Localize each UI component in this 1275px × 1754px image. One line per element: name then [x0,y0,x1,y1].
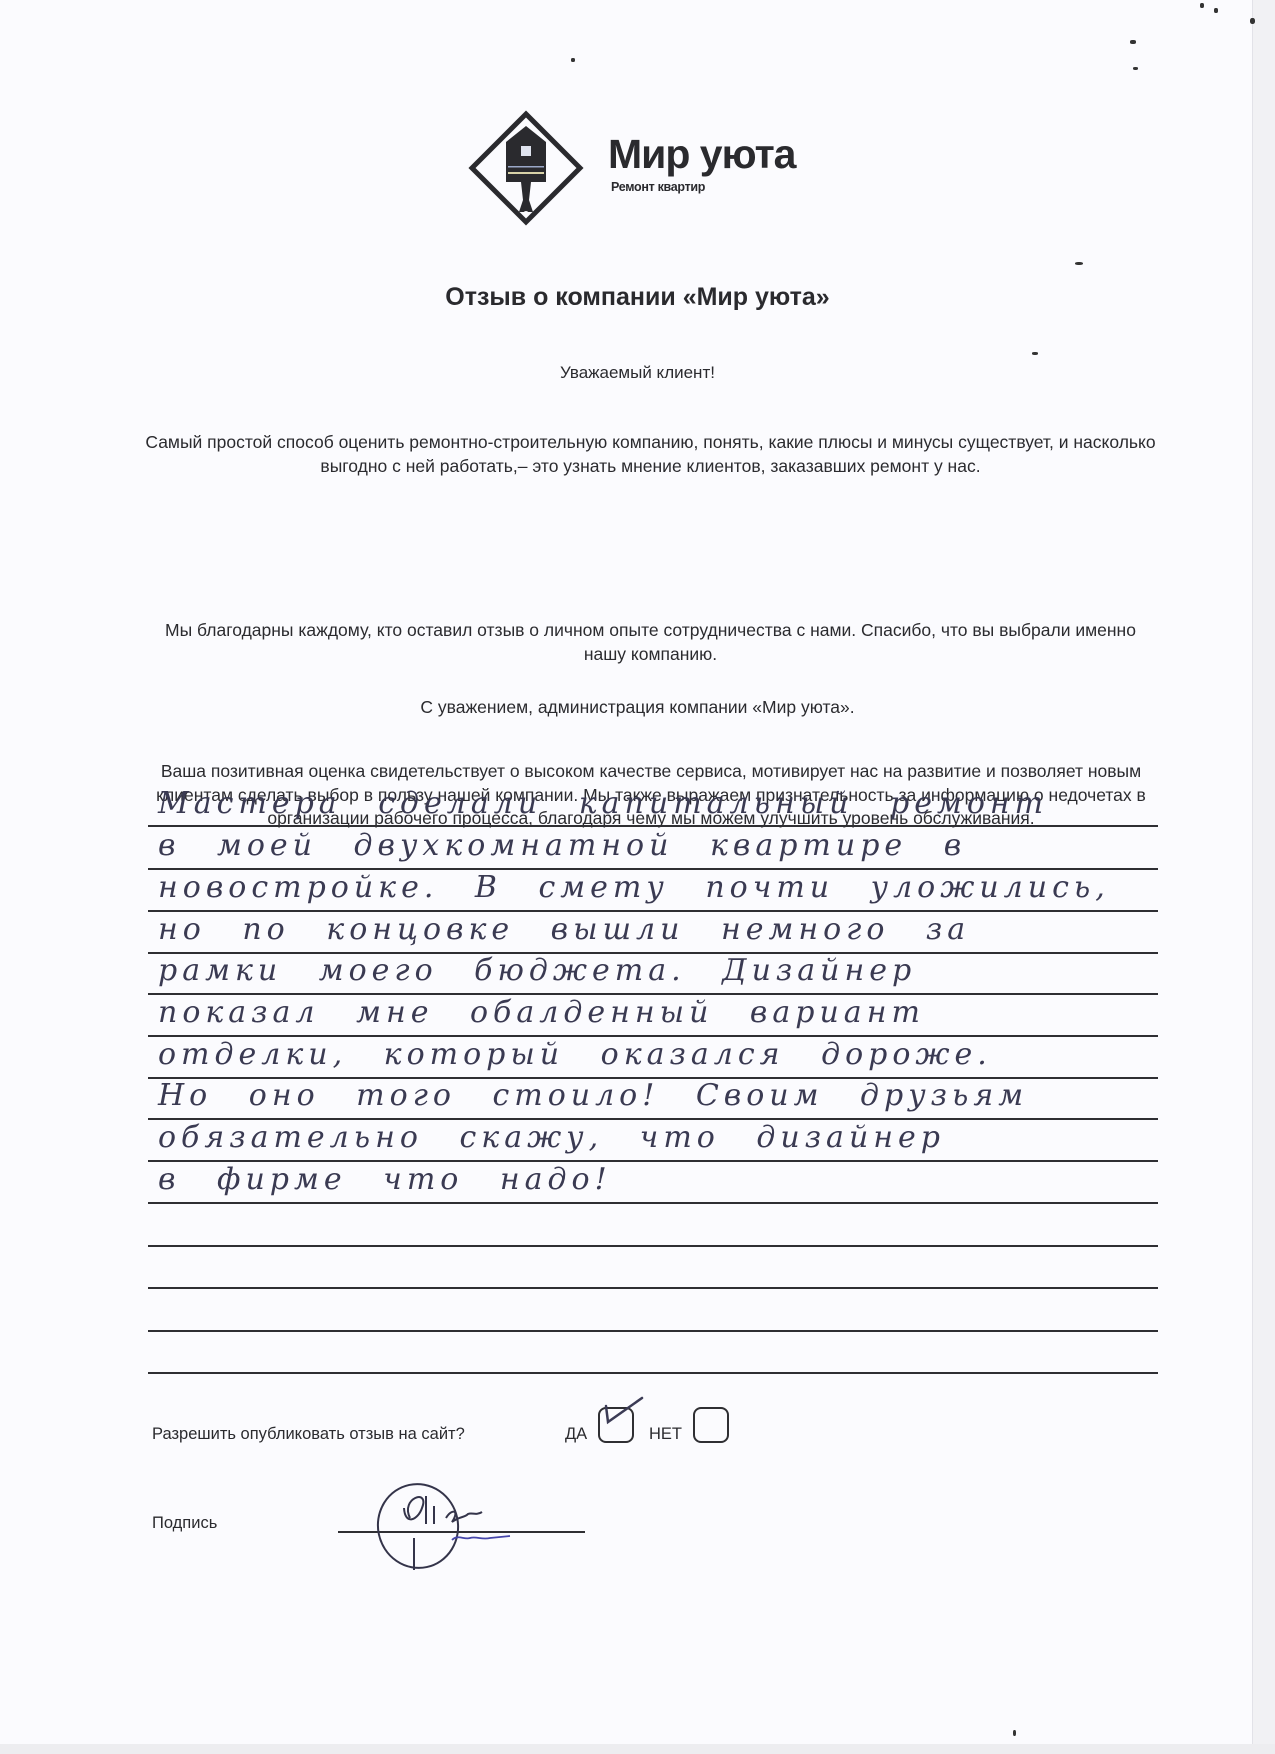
ruled-line [148,825,1158,827]
house-paintbrush-diamond-icon [466,108,586,228]
handwritten-line: Мастера сделали капитальный ремонт [158,786,1248,821]
scan-speck [1214,8,1218,13]
handwritten-line: показал мне обалденный вариант [158,995,1248,1030]
scan-page-edge-right [1252,0,1275,1754]
ruled-line [148,1330,1158,1332]
scan-speck [1133,67,1138,70]
handwritten-line: рамки моего бюджета. Дизайнер [158,953,1248,988]
intro-paragraph-1: Самый простой способ оценить ремонтно-ст… [143,431,1158,478]
scan-speck [1013,1730,1016,1736]
ruled-line [148,1372,1158,1374]
handwritten-line: новостройке. В смету почти уложились, [158,870,1248,905]
scan-speck [571,58,575,62]
scan-speck [1032,352,1038,355]
publish-question: Разрешить опубликовать отзыв на сайт? [152,1425,465,1444]
ruled-line [148,1287,1158,1289]
document-title: Отзыв о компании «Мир уюта» [0,283,1275,312]
ruled-line [148,1202,1158,1204]
signature-label: Подпись [152,1514,217,1533]
brand-tagline: Ремонт квартир [611,180,705,194]
intro-paragraph-2: Мы благодарны каждому, кто оставил отзыв… [143,619,1158,666]
publish-no-checkbox[interactable] [693,1407,729,1443]
publish-no-label: НЕТ [649,1425,682,1444]
sign-off: С уважением, администрация компании «Мир… [0,697,1275,718]
scan-speck [1250,18,1255,24]
checkmark-icon [596,1396,646,1432]
handwritten-line: обязательно скажу, что дизайнер [158,1120,1248,1155]
publish-yes-label: ДА [565,1425,587,1444]
scan-speck [1200,3,1204,8]
handwritten-line: но по концовке вышли немного за [158,912,1248,947]
scan-page-edge-bottom [0,1744,1275,1754]
scan-speck [1075,262,1083,265]
handwritten-line: в моей двухкомнатной квартире в [158,828,1248,863]
handwritten-signature [360,1478,560,1578]
greeting: Уважаемый клиент! [0,363,1275,383]
ruled-line [148,1245,1158,1247]
handwritten-line: в фирме что надо! [158,1162,1248,1197]
handwritten-line: отделки, который оказался дороже. [158,1037,1248,1072]
scan-speck [1130,40,1136,44]
handwritten-line: Но оно того стоило! Своим друзьям [158,1078,1248,1113]
brand-name: Мир уюта [608,134,795,175]
